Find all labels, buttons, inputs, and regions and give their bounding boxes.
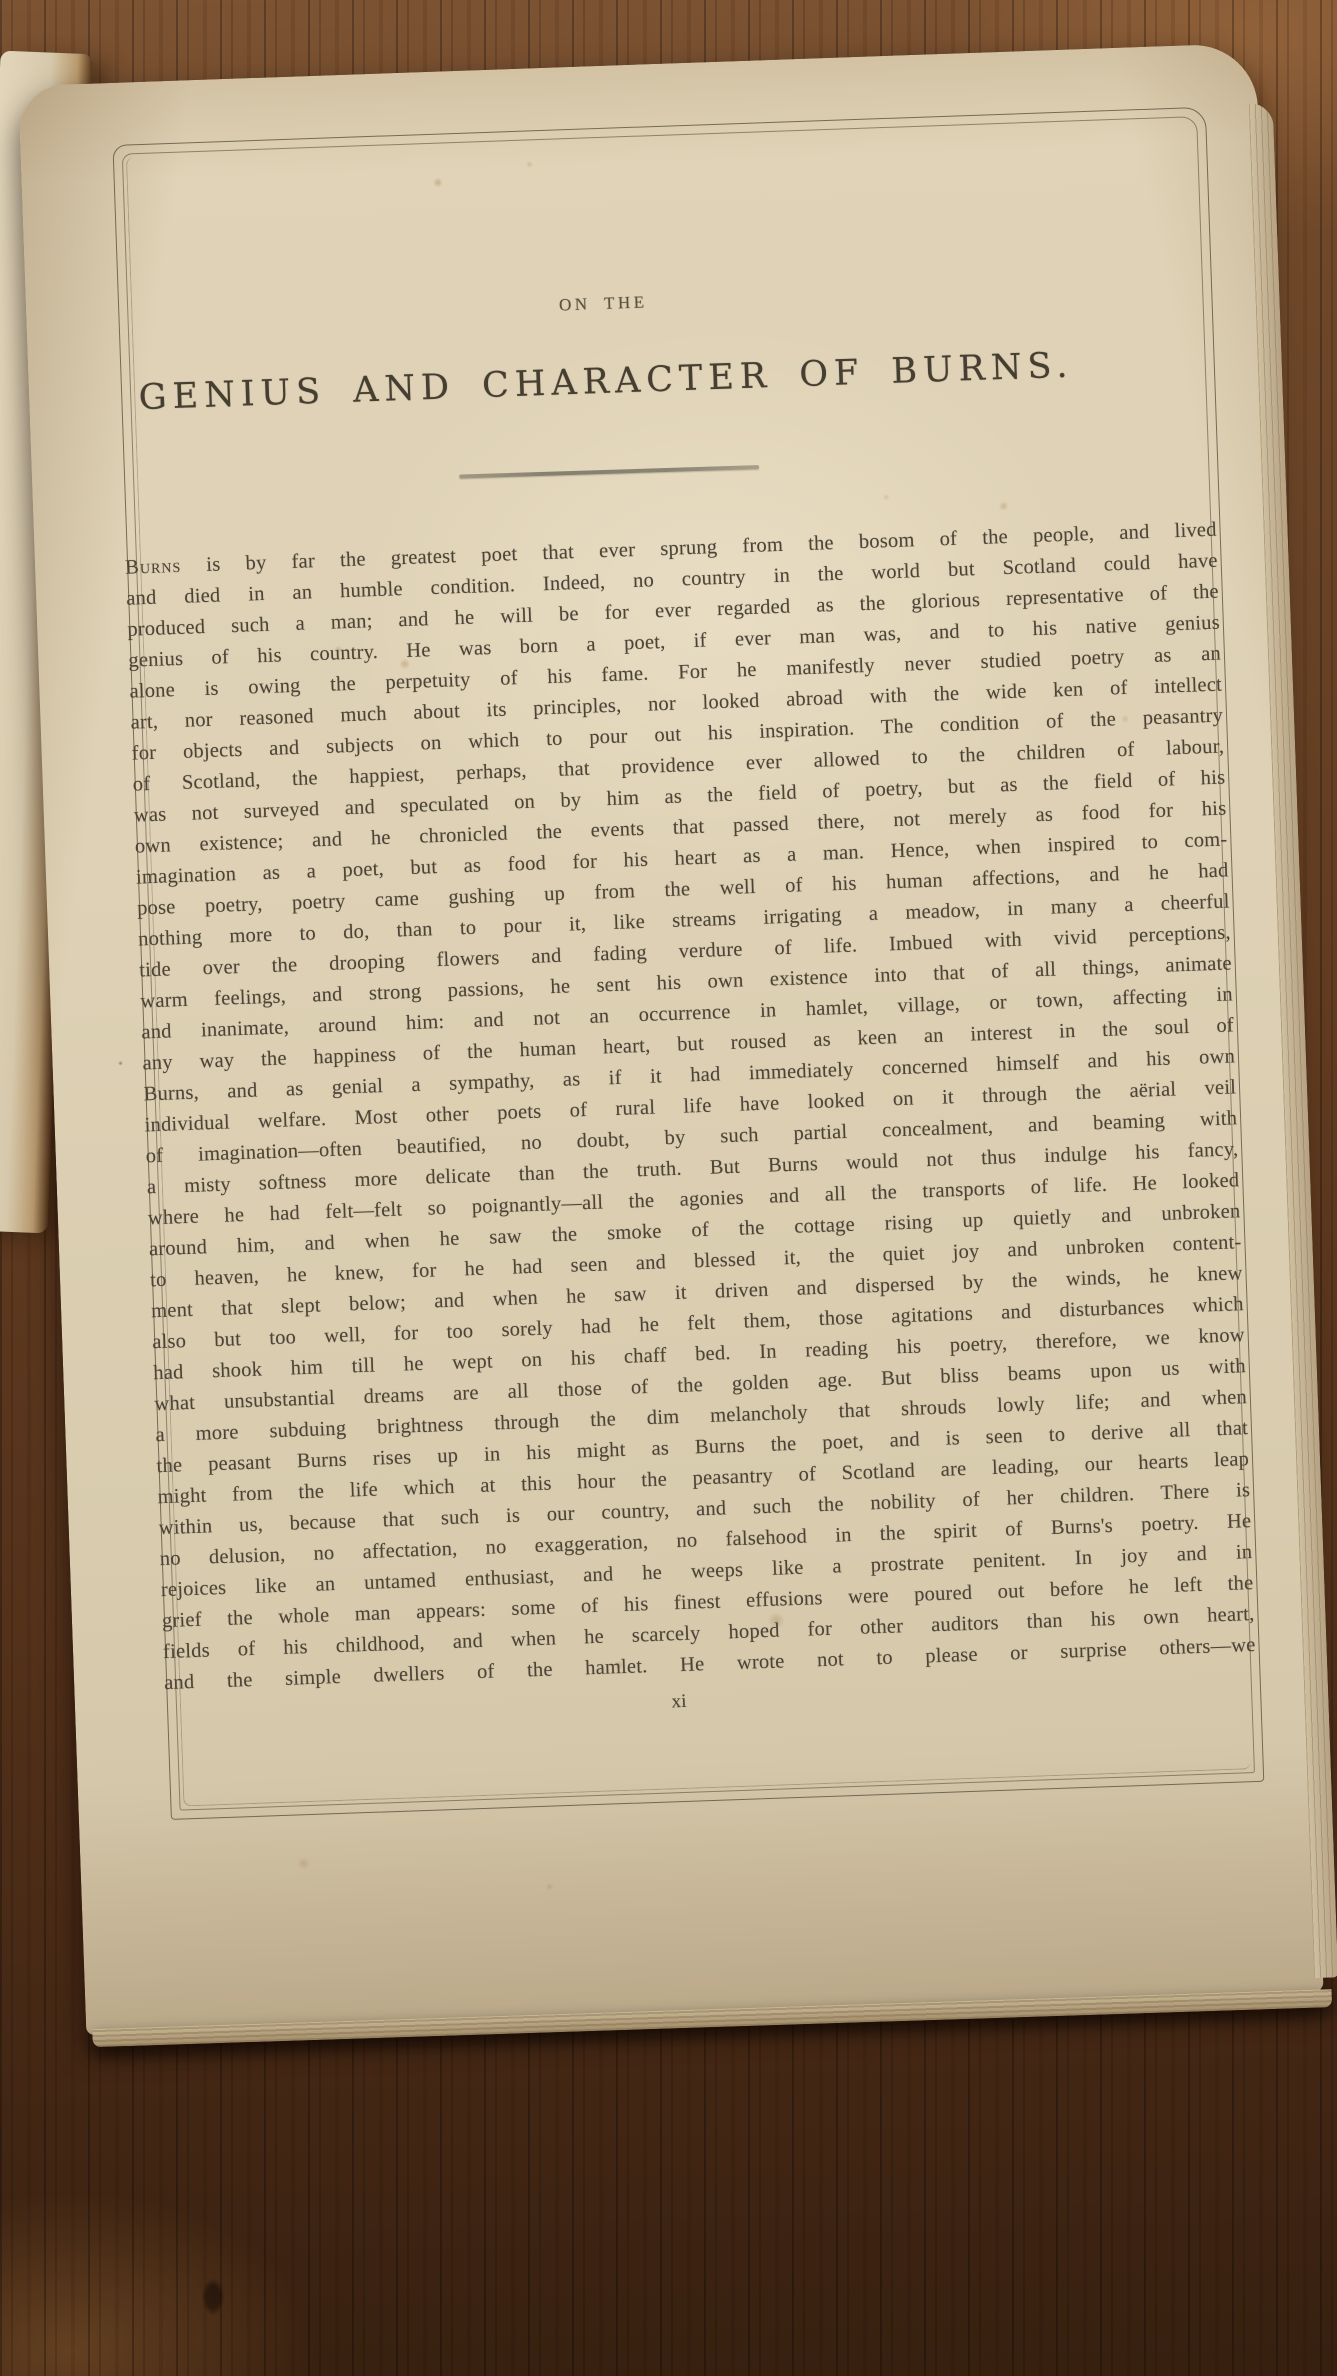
essay-lines: Burns is by far the greatest poet that e… bbox=[125, 515, 1256, 1699]
essay-text: Burns is by far the greatest poet that e… bbox=[125, 515, 1258, 1735]
page-bottom-edge-stack bbox=[92, 1989, 1332, 2047]
fore-edge-page-stack bbox=[1249, 102, 1337, 1978]
lead-word-small-caps: Burns bbox=[125, 555, 182, 579]
book-page: ON THE GENIUS AND CHARACTER OF BURNS. Bu… bbox=[18, 43, 1323, 2035]
photo-book-on-wood-table: ON THE GENIUS AND CHARACTER OF BURNS. Bu… bbox=[0, 0, 1337, 2376]
